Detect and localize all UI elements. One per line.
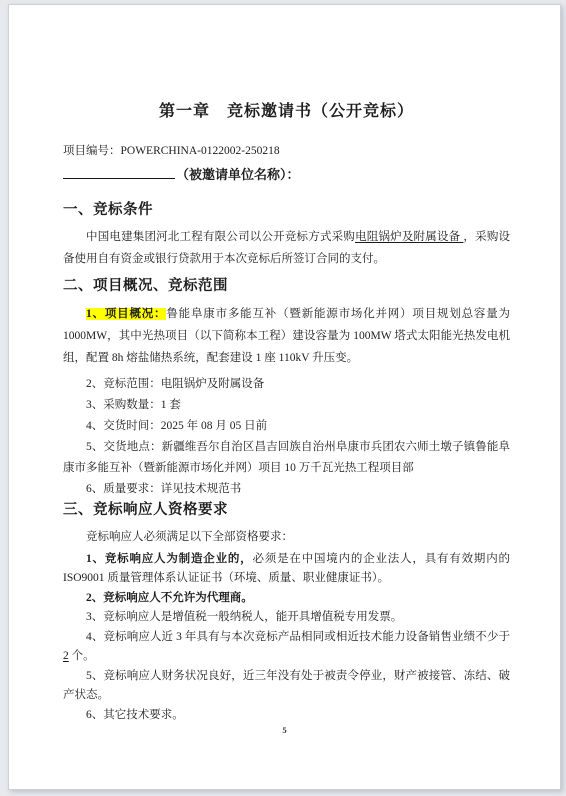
section2-item2: 2、竞标范围：电阻锅炉及附属设备 [63,374,510,395]
highlighted-label: 1、项目概况： [86,308,166,320]
document-page: 第一章 竞标邀请书（公开竞标） 项目编号：POWERCHINA-0122002-… [8,4,561,790]
section1-paragraph: 中国电建集团河北工程有限公司以公开竞标方式采购电阻锅炉及附属设备 ，采购设备使用… [63,226,510,270]
section3-item5: 5、竞标响应人财务状况良好，近三年没有处于被责令停业，财产被接管、冻结、破产状态… [63,667,510,706]
section3-item1-bold: 1、竞标响应人为制造企业的， [86,553,252,565]
section1-heading: 一、竞标条件 [63,200,510,220]
page-number: 5 [9,725,560,735]
invited-unit-label: （被邀请单位名称）： [176,167,300,182]
section2-item4: 4、交货时间：2025 年 08 月 05 日前 [63,416,510,437]
section3-heading: 三、竞标响应人资格要求 [63,500,510,520]
section3-item4-before: 4、竞标响应人近 3 年具有与本次竞标产品相同或相近技术能力设备销售业绩不少于 [86,631,510,643]
section3-item4: 4、竞标响应人近 3 年具有与本次竞标产品相同或相近技术能力设备销售业绩不少于 … [63,628,510,667]
section3-intro: 竞标响应人必须满足以下全部资格要求： [63,528,510,548]
section1-underlined-phrase: 电阻锅炉及附属设备 [355,231,463,243]
section2-heading: 二、项目概况、竞标范围 [63,276,510,296]
section1-text-before: 中国电建集团河北工程有限公司以公开竞标方式采购 [86,231,355,243]
section2-item1: 1、项目概况：鲁能阜康市多能互补（暨新能源市场化并网）项目规划总容量为 1000… [63,303,510,369]
section3-item6: 6、其它技术要求。 [63,706,510,726]
blank-fill-line [63,165,175,179]
chapter-title: 第一章 竞标邀请书（公开竞标） [63,101,510,123]
section3-item1: 1、竞标响应人为制造企业的，必须是在中国境内的企业法人，具有有效期内的 ISO9… [63,550,510,589]
section3-item3: 3、竞标响应人是增值税一般纳税人，能开具增值税专用发票。 [63,608,510,628]
invited-unit-line: （被邀请单位名称）： [63,165,510,185]
project-number-line: 项目编号：POWERCHINA-0122002-250218 [63,143,510,159]
section3-item2: 2、竞标响应人不允许为代理商。 [63,589,510,609]
section2-item3: 3、采购数量：1 套 [63,395,510,416]
section2-item6: 6、质量要求：详见技术规范书 [63,479,510,500]
section2-item5: 5、交货地点：新疆维吾尔自治区昌吉回族自治州阜康市兵团农六师土墩子镇鲁能阜康市多… [63,437,510,479]
section3-item4-after: 个。 [69,650,95,662]
